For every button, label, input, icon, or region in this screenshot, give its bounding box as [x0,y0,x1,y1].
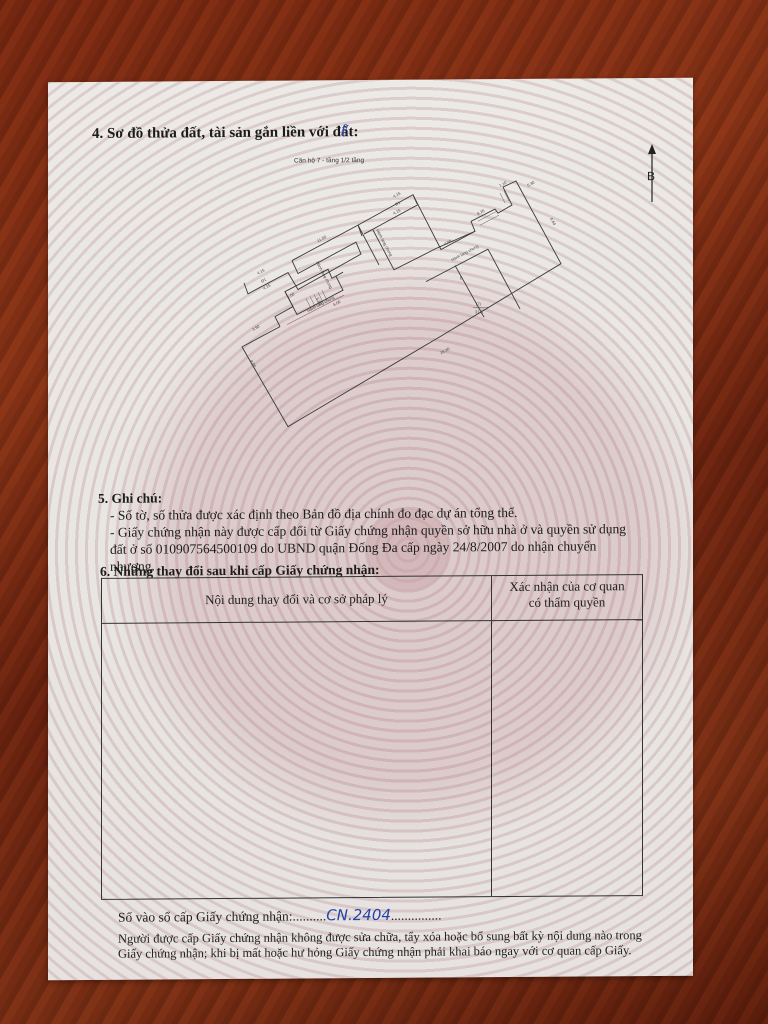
svg-text:31.3: 31.3 [475,309,484,314]
registration-number: Số vào sổ cấp Giấy chứng nhận:..........… [118,906,442,926]
north-arrow-icon: B [642,144,662,204]
svg-text:Đ1: Đ1 [260,276,268,283]
svg-text:Hành lang chung: Hành lang chung [450,244,479,263]
registration-dots-after: ............... [391,908,442,923]
svg-text:4.15: 4.15 [392,190,402,198]
svg-text:Đ1: Đ1 [394,200,402,207]
svg-text:5.00: 5.00 [332,299,342,307]
svg-text:B: B [647,169,655,183]
confirmation-header-line-2: có thẩm quyền [492,594,642,611]
svg-text:28.30: 28.30 [439,346,451,356]
column-header-confirmation: Xác nhận của cơ quan có thẩm quyền [492,578,642,611]
diagram-title: Căn hộ 7 - tầng 1/2 tầng [294,157,364,164]
svg-text:4.15: 4.15 [256,267,266,275]
svg-text:6.64: 6.64 [549,217,557,227]
svg-text:4.00: 4.00 [443,238,453,246]
svg-text:1.00: 1.00 [286,291,296,299]
svg-text:Hành lang chung: Hành lang chung [375,228,394,257]
table-column-divider [491,576,492,896]
registration-value: CN.2404 [326,906,391,924]
section-4-title: 4. Sơ đồ thửa đất, tài sản gắn liền với … [92,124,359,143]
svg-text:4.15: 4.15 [262,282,272,290]
table-header-divider [102,619,642,624]
svg-text:(7): (7) [476,301,482,306]
svg-text:5.30: 5.30 [526,179,536,187]
column-header-changes: Nội dung thay đổi và cơ sở pháp lý [102,590,491,609]
warning-notice: Người được cấp Giấy chứng nhận không đượ… [118,928,658,962]
svg-text:4.80: 4.80 [249,359,257,369]
changes-table: Nội dung thay đổi và cơ sở pháp lý Xác n… [101,574,643,900]
floor-plan-diagram: 11.50 4.15 Đ1 4.15 4.15 Đ1 4.15 Hành lan… [198,168,618,461]
registration-dots: .......... [293,908,327,923]
signature-mark: ℓ [340,120,348,141]
registration-label: Số vào sổ cấp Giấy chứng nhận: [118,909,293,925]
svg-text:3.50: 3.50 [251,323,261,331]
confirmation-header-line-1: Xác nhận của cơ quan [492,578,642,595]
certificate-page: 4. Sơ đồ thửa đất, tài sản gắn liền với … [48,78,693,981]
warning-line-2: Giấy chứng nhận; khi bị mất hoặc hư hỏng… [118,943,658,962]
svg-text:B: B [460,275,463,280]
